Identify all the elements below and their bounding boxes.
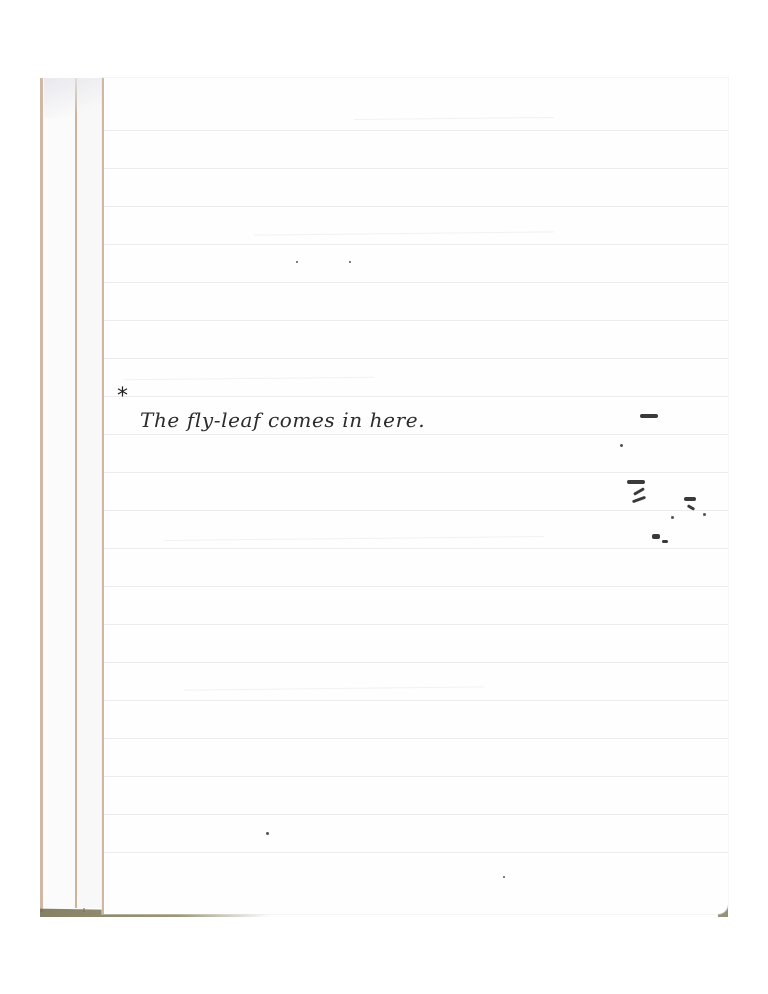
ink-speck xyxy=(620,444,623,447)
ink-speck xyxy=(703,513,706,516)
ruled-line xyxy=(104,548,728,549)
ruled-line xyxy=(104,434,728,435)
ruled-line xyxy=(104,738,728,739)
ruled-line xyxy=(104,244,728,245)
ruled-line xyxy=(104,852,728,853)
ink-mark xyxy=(627,480,645,484)
ink-speck xyxy=(266,832,269,835)
bleed-through-text xyxy=(354,117,554,120)
ink-mark xyxy=(662,540,668,543)
ink-speck xyxy=(503,876,505,878)
ruled-line xyxy=(104,700,728,701)
ruled-line xyxy=(104,814,728,815)
ruled-line xyxy=(104,168,728,169)
ruled-line xyxy=(104,320,728,321)
ruled-line xyxy=(104,282,728,283)
handwritten-note: The fly-leaf comes in here. xyxy=(140,408,425,432)
bleed-through-text xyxy=(184,686,484,690)
ink-mark xyxy=(640,414,658,418)
ink-mark xyxy=(684,497,696,501)
ruled-line xyxy=(104,662,728,663)
bleed-through-text xyxy=(124,377,374,381)
ruled-line xyxy=(104,776,728,777)
ruled-line xyxy=(104,358,728,359)
bleed-through-text xyxy=(164,536,544,541)
ink-mark xyxy=(652,534,660,539)
footnote-asterisk: * xyxy=(117,384,128,409)
ruled-line xyxy=(104,624,728,625)
scanned-page-image: * The fly-leaf comes in here. xyxy=(0,0,768,994)
ruled-line xyxy=(104,510,728,511)
ruled-line xyxy=(104,586,728,587)
ruled-line xyxy=(104,206,728,207)
ruled-line xyxy=(104,472,728,473)
notebook-page xyxy=(102,78,728,914)
ruled-line xyxy=(104,130,728,131)
page-curl-shadow xyxy=(44,78,104,118)
bleed-through-text xyxy=(254,231,554,235)
ink-speck xyxy=(671,516,674,519)
ink-speck xyxy=(349,261,351,263)
ruled-line xyxy=(104,396,728,397)
ink-speck xyxy=(296,261,298,263)
